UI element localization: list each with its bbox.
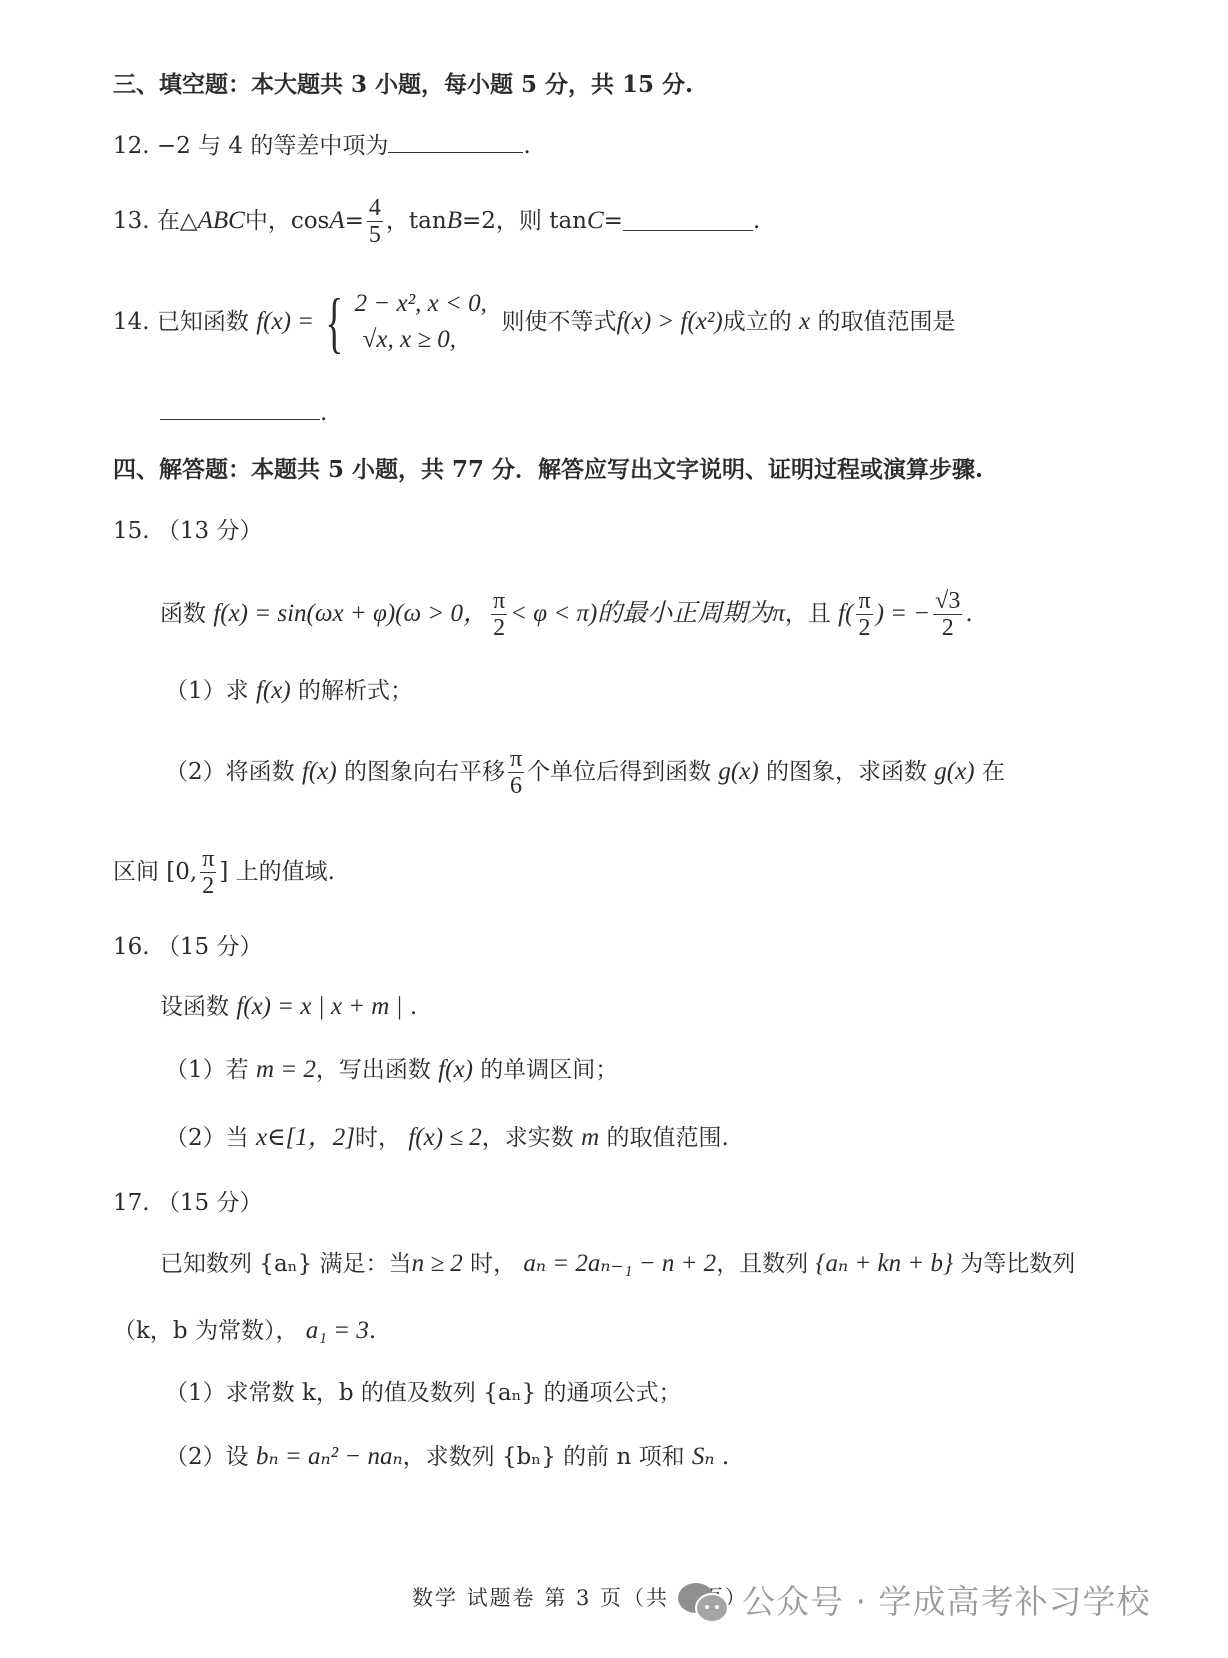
fraction-pi-2: π2 <box>200 846 216 899</box>
question-16-header: 16. （15 分） <box>113 932 262 962</box>
answer-blank[interactable] <box>623 212 753 231</box>
question-17-header: 17. （15 分） <box>113 1188 262 1218</box>
answer-blank[interactable] <box>388 134 523 153</box>
question-17-part-1: （1）求常数 k，b 的值及数列 {aₙ} 的通项公式； <box>165 1378 681 1408</box>
question-16-stem: 设函数 f(x) = x | x + m | . <box>160 992 417 1022</box>
wechat-icon <box>676 1580 732 1626</box>
question-17-part-2: （2）设 bₙ = aₙ² − naₙ，求数列 {bₙ} 的前 n 项和 Sₙ … <box>165 1442 729 1472</box>
fraction-pi-6: π6 <box>508 746 524 799</box>
fraction-4-5: 45 <box>367 195 383 248</box>
question-15-header: 15. （13 分） <box>113 516 262 546</box>
answer-blank[interactable] <box>160 401 320 420</box>
question-17-stem: 已知数列 {aₙ} 满足：当n ≥ 2 时， aₙ = 2aₙ₋₁ − n + … <box>160 1249 1075 1279</box>
fraction-pi-2: π2 <box>856 588 872 641</box>
fraction-sqrt3-2: √32 <box>933 588 962 641</box>
question-14: 14. 已知函数 f(x) = { 2 − x², x < 0, √x, x ≥… <box>113 284 955 360</box>
question-16-part-1: （1）若 m = 2，写出函数 f(x) 的单调区间； <box>165 1055 618 1085</box>
question-14-answer-line: . <box>160 398 327 428</box>
fraction-pi-2: π2 <box>491 588 507 641</box>
watermark-text: 公众号 · 学成高考补习学校 <box>742 1576 1150 1623</box>
section-4-heading: 四、解答题：本题共 5 小题，共 77 分．解答应写出文字说明、证明过程或演算步… <box>113 455 983 485</box>
question-16-part-2: （2）当 x∈[1，2]时， f(x) ≤ 2，求实数 m 的取值范围. <box>165 1123 729 1153</box>
question-number: 14. <box>113 307 150 337</box>
question-15-part-2-continued: 区间 [0, π2 ] 上的值域. <box>113 840 335 904</box>
section-3-heading: 三、填空题：本大题共 3 小题，每小题 5 分，共 15 分. <box>113 70 693 100</box>
question-17-stem-continued: （k，b 为常数）， a₁ = 3. <box>113 1316 376 1346</box>
question-12: 12. −2 与 4 的等差中项为. <box>113 131 531 161</box>
piecewise-function: { 2 − x², x < 0, √x, x ≥ 0, <box>314 286 487 358</box>
question-15-part-1: （1）求 f(x) 的解析式； <box>165 676 413 706</box>
question-number: 13. <box>113 206 150 236</box>
question-text: −2 与 4 的等差中项为 <box>157 133 388 159</box>
question-15-part-2: （2）将函数 f(x) 的图象向右平移 π6 个单位后得到函数 g(x) 的图象… <box>165 740 1005 804</box>
question-number: 12. <box>113 133 150 159</box>
left-brace-icon: { <box>325 288 343 356</box>
question-15-stem: 函数 f(x) = sin(ωx + φ) (ω > 0， π2 < φ < π… <box>160 582 973 646</box>
question-13: 13. 在△ABC 中，cosA= 45 ，tanB=2，则 tanC= . <box>113 190 760 252</box>
